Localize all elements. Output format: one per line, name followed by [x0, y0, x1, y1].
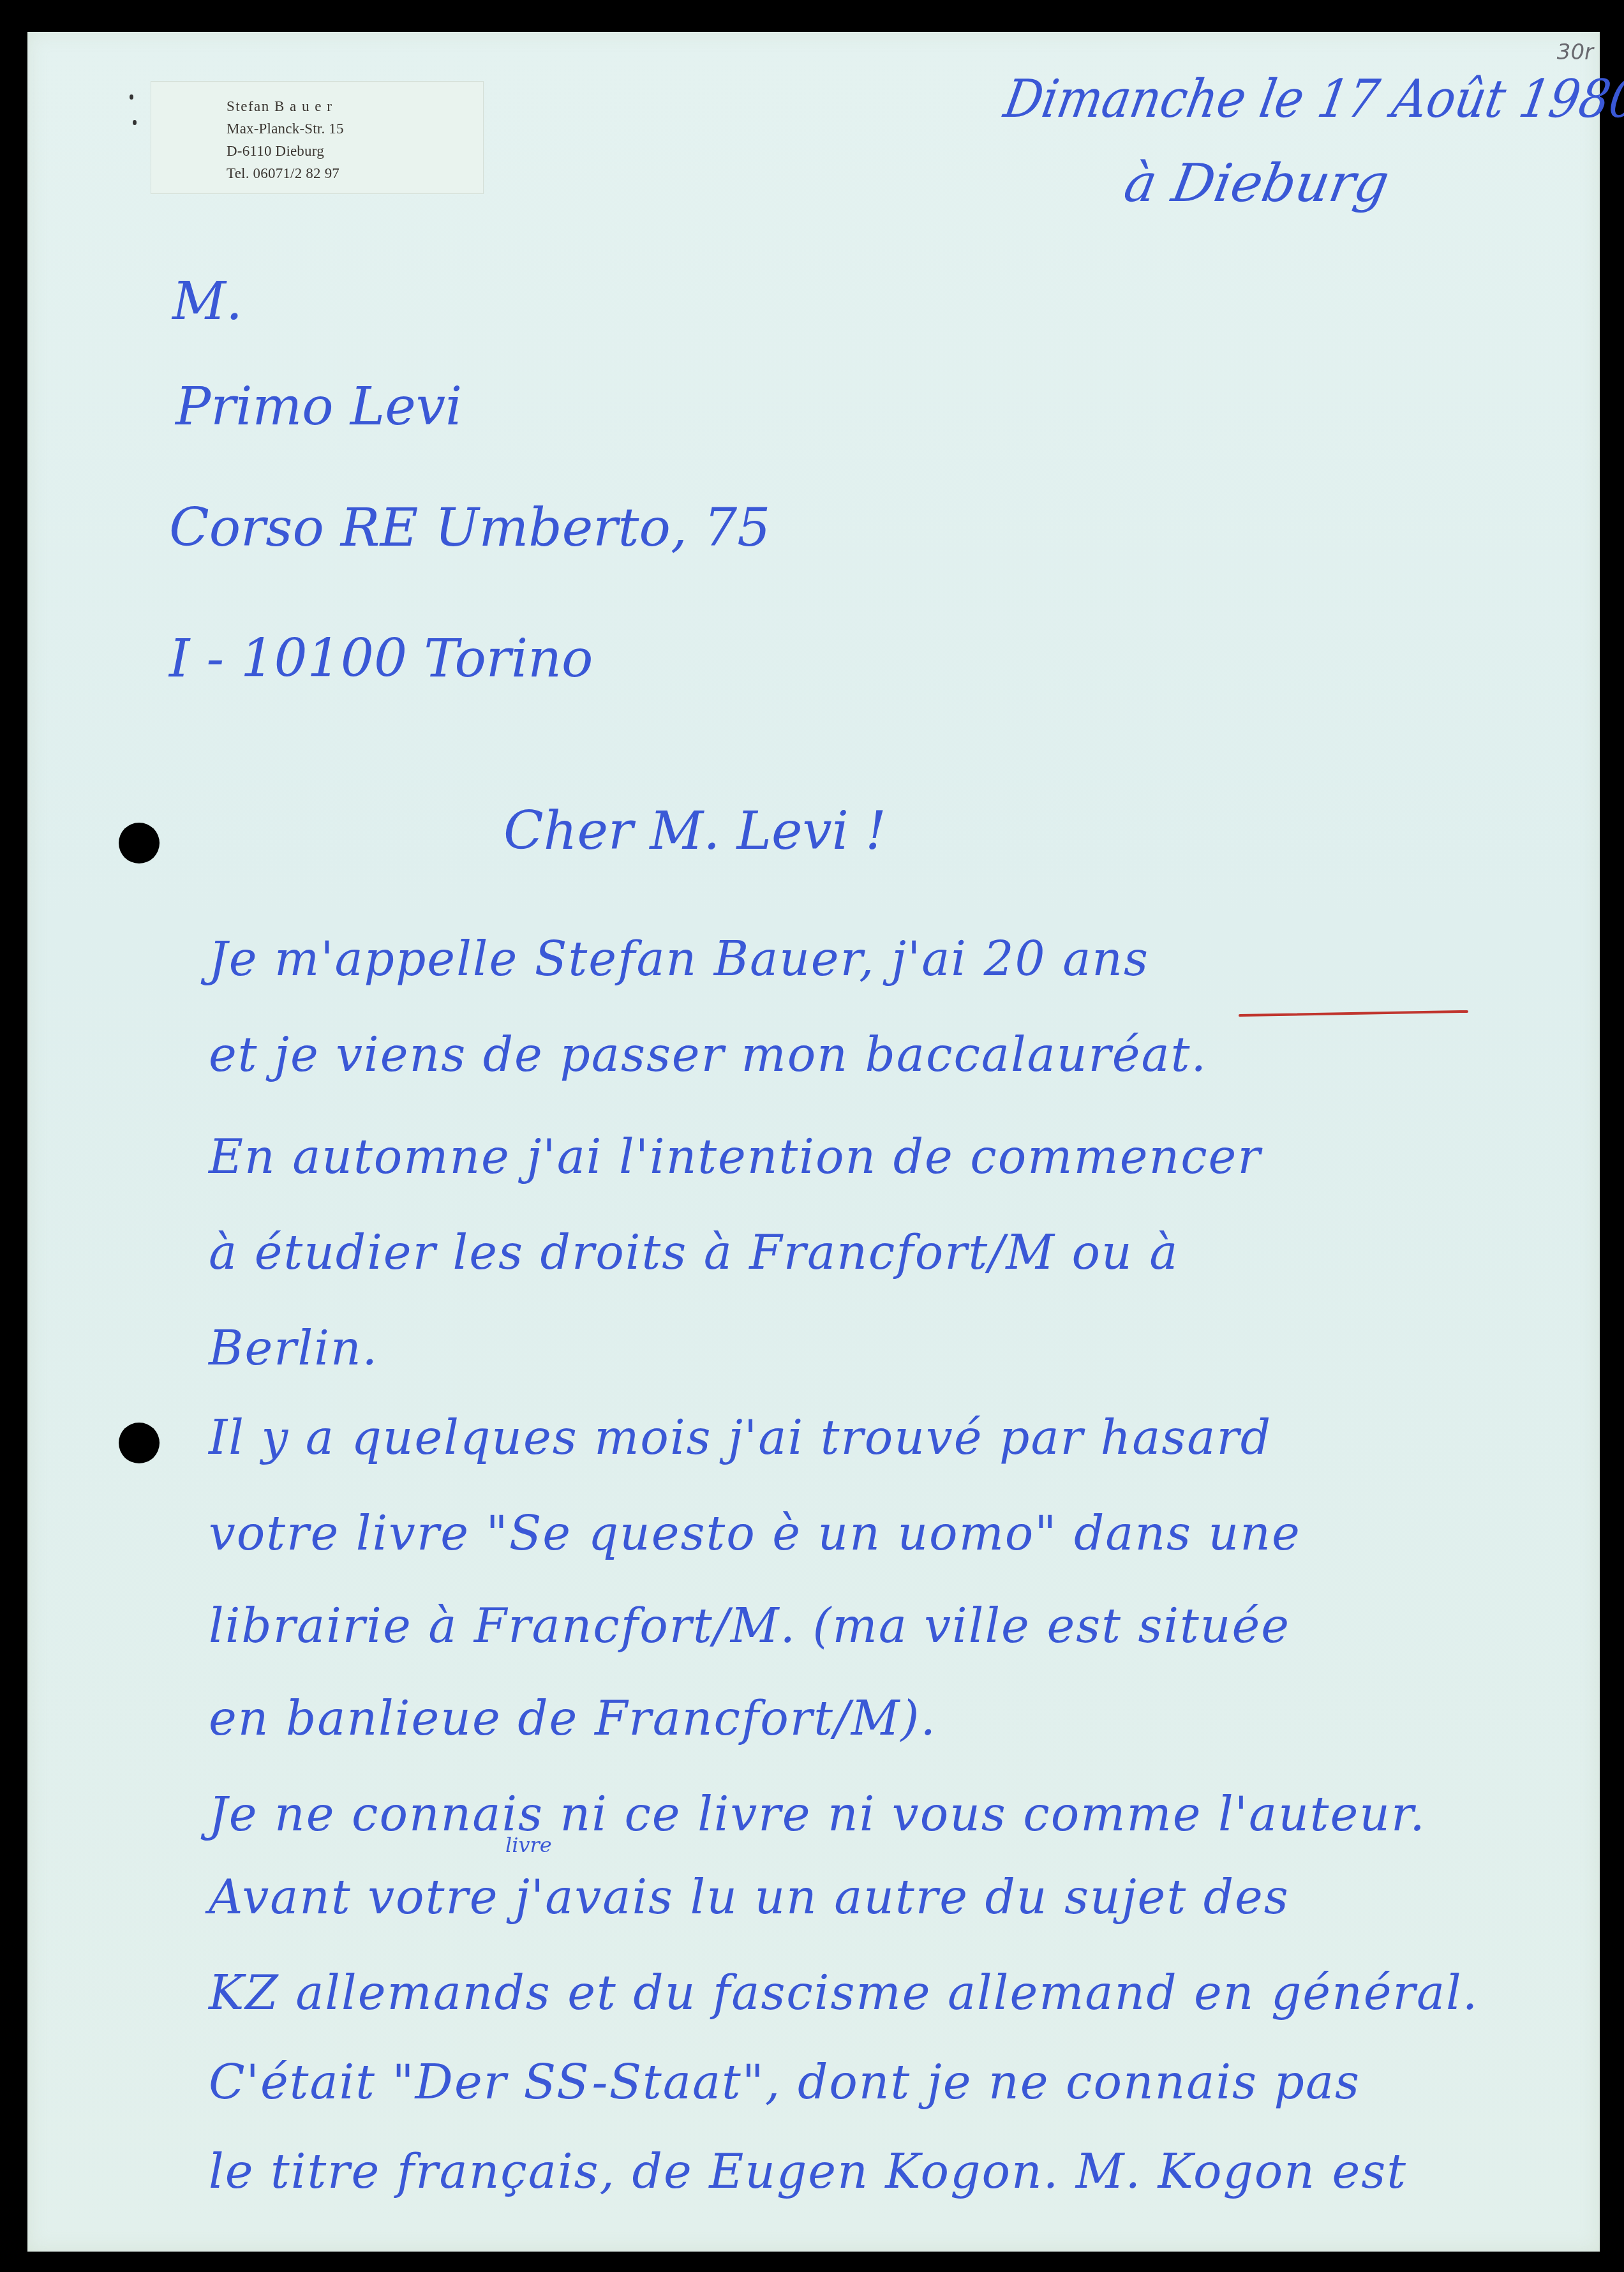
letter-page: Stefan B a u e r Max-Planck-Str. 15 D-61… [27, 32, 1600, 2252]
sender-address-label: Stefan B a u e r Max-Planck-Str. 15 D-61… [151, 81, 484, 194]
body-line: votre livre "Se questo è un uomo" dans u… [209, 1506, 1301, 1561]
dateline-place: à Dieburg [1120, 153, 1394, 214]
body-line: en banlieue de Francfort/M). [209, 1691, 937, 1746]
sender-street: Max-Planck-Str. 15 [227, 121, 344, 137]
red-underline-annotation [1239, 1010, 1468, 1017]
recipient-title: M. [172, 271, 242, 332]
body-line: KZ allemands et du fascisme allemand en … [209, 1966, 1479, 2021]
salutation: Cher M. Levi ! [503, 801, 886, 862]
recipient-city: I - 10100 Torino [169, 629, 593, 689]
recipient-street: Corso RE Umberto, 75 [169, 498, 770, 558]
body-line: librairie à Francfort/M. (ma ville est s… [209, 1599, 1290, 1654]
inserted-word: livre [505, 1833, 552, 1857]
body-line: Je m'appelle Stefan Bauer, j'ai 20 ans [209, 932, 1149, 987]
staple-mark [133, 120, 137, 125]
staple-mark [130, 94, 133, 100]
sender-name: Stefan B a u e r [227, 98, 332, 115]
body-line: à étudier les droits à Francfort/M ou à [209, 1225, 1179, 1280]
body-line: Avant votre j'avais lu un autre du sujet… [209, 1870, 1290, 1925]
sender-phone: Tel. 06071/2 82 97 [227, 165, 339, 182]
punch-hole [119, 823, 160, 863]
body-line: En automne j'ai l'intention de commencer [209, 1130, 1262, 1185]
recipient-name: Primo Levi [175, 377, 462, 437]
sender-city: D-6110 Dieburg [227, 143, 324, 160]
body-line: Il y a quelques mois j'ai trouvé par has… [209, 1410, 1272, 1465]
dateline-date: Dimanche le 17 Août 1980 [1000, 69, 1624, 130]
body-line: Je ne connais ni ce livre ni vous comme … [209, 1787, 1426, 1842]
body-line: et je viens de passer mon baccalauréat. [209, 1028, 1207, 1082]
punch-hole [119, 1423, 160, 1463]
body-line: Berlin. [209, 1321, 378, 1376]
folio-number: 30r [1557, 40, 1593, 65]
body-line: le titre français, de Eugen Kogon. M. Ko… [209, 2144, 1407, 2199]
body-line: C'était "Der SS-Staat", dont je ne conna… [209, 2055, 1360, 2110]
